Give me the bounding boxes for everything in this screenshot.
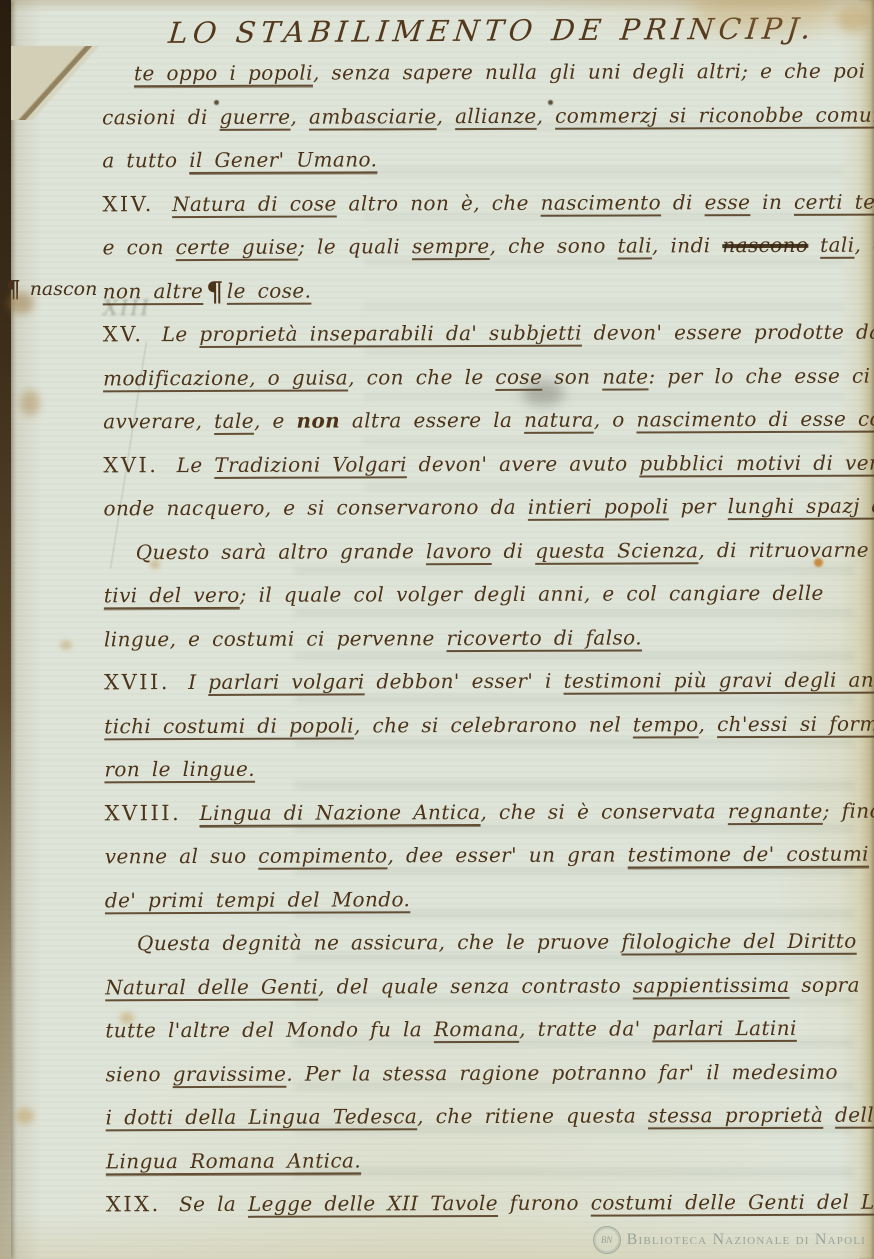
text-segment: della: [835, 1103, 874, 1127]
library-watermark: BN Biblioteca Nazionale di Napoli: [593, 1226, 866, 1254]
text-segment: ; il quale col volger degli anni, e col …: [240, 581, 824, 607]
text-segment: Tradizioni Volgari: [214, 452, 407, 477]
text-segment: regnante: [728, 798, 823, 822]
text-segment: ambasciarie: [309, 104, 437, 128]
text-segment: son: [542, 364, 602, 388]
text-segment: de' primi tempi del Mondo.: [105, 887, 411, 912]
text-segment: lingue, e costumi ci pervenne: [104, 626, 447, 651]
manuscript-line: Lingua Romana Antica.: [106, 1146, 866, 1192]
text-segment: Natural delle Genti: [105, 974, 318, 999]
text-segment: ,: [698, 712, 717, 736]
manuscript-line: i dotti della Lingua Tedesca, che ritien…: [106, 1103, 866, 1149]
manuscript-page: XIII LO STABILIMENTO DE PRINCIPJ. te opp…: [0, 0, 874, 1259]
text-segment: [808, 233, 820, 257]
text-segment: le cose.: [227, 278, 312, 302]
text-segment: , che sono: [490, 234, 618, 258]
text-segment: nate: [602, 364, 648, 388]
text-segment: . Per la stessa ragione potranno far' il…: [286, 1059, 838, 1085]
manuscript-line: XVII. I parlari volgari debbon' esser' i…: [104, 668, 864, 714]
text-segment: Lingua Romana Antica.: [106, 1148, 361, 1176]
text-segment: [823, 1103, 835, 1127]
text-segment: onde nacquero, e si conservarono da: [103, 495, 527, 520]
text-segment: gravissime: [173, 1061, 287, 1085]
paragraph-numeral: XIV.: [102, 192, 168, 216]
text-segment: altro non è, che: [337, 190, 541, 215]
stain: [16, 1108, 34, 1124]
text-segment: e con: [103, 235, 176, 259]
manuscript-line: de' primi tempi del Mondo.: [105, 885, 865, 931]
text-segment: nascimento: [541, 190, 662, 214]
text-segment: sopra: [789, 972, 859, 996]
text-segment: il Gener' Umano.: [189, 147, 377, 175]
text-segment: , indi: [652, 233, 722, 257]
text-segment: lunghi spazj di tempi.: [728, 493, 874, 518]
paragraph-numeral: XVII.: [104, 670, 184, 694]
text-segment: debbon' esser' i: [365, 669, 564, 694]
text-segment: nascimento di esse cose.: [636, 407, 874, 432]
text-segment: lavoro: [426, 538, 492, 562]
text-segment: testimone de' costumi: [628, 842, 869, 870]
manuscript-line: modificazione, o guisa, con che le cose …: [103, 363, 863, 409]
library-logo-icon: BN: [593, 1226, 621, 1254]
text-segment: , del quale senza contrasto: [318, 973, 633, 998]
text-segment: ; finchè per-: [823, 798, 874, 822]
text-segment: intieri popoli: [528, 494, 669, 518]
manuscript-line: te oppo i popoli, senza sapere nulla gli…: [102, 59, 862, 105]
text-segment: per: [669, 494, 728, 518]
text-segment: cose: [495, 364, 542, 388]
text-segment: tutte l'altre del Mondo fu la: [105, 1017, 434, 1042]
manuscript-line: tutte l'altre del Mondo fu la Romana, tr…: [105, 1016, 865, 1062]
text-segment: Le: [162, 322, 200, 346]
binding-edge: [0, 0, 11, 1259]
paragraph-numeral: XVI.: [103, 453, 172, 477]
text-segment: di: [492, 538, 536, 562]
manuscript-line: casioni di guerre, ambasciarie, allianze…: [102, 102, 862, 148]
manuscript-line: a tutto il Gener' Umano.: [102, 146, 862, 192]
text-segment: : per lo che esse ci posson': [648, 363, 874, 388]
manuscript-line: avverare, tale, e non altra essere la na…: [103, 407, 863, 453]
margin-note-text: nascon: [30, 278, 98, 300]
text-segment: natura: [524, 408, 594, 432]
text-segment: in: [750, 189, 794, 213]
manuscript-line: venne al suo compimento, dee esser' un g…: [105, 842, 865, 888]
manuscript-line: lingue, e costumi ci pervenne ricoverto …: [104, 624, 864, 670]
text-segment: ch'essi si forma-: [717, 711, 874, 736]
text-segment: tempo: [633, 712, 699, 736]
text-segment: tali: [820, 233, 854, 257]
text-segment: , dee esser' un gran: [387, 843, 627, 868]
text-segment: pubblici motivi di vero: [639, 450, 874, 475]
text-segment: , e: [254, 409, 297, 433]
manuscript-line: tivi del vero; il quale col volger degli…: [104, 581, 864, 627]
text-segment: costumi delle Genti del Lazio: [591, 1189, 874, 1214]
manuscript-line: onde nacquero, e si conservarono da inti…: [103, 494, 863, 540]
manuscript-line: Questo sarà altro grande lavoro di quest…: [104, 537, 864, 583]
manuscript-line: XV. Le proprietà inseparabili da' subbje…: [103, 320, 863, 366]
text-segment: nascono: [722, 233, 808, 257]
text-segment: stessa proprietà: [648, 1103, 823, 1128]
text-segment: , senza sapere nulla gli uni degli altri…: [313, 58, 874, 84]
text-segment: ,: [437, 104, 456, 128]
manuscript-line: e con certe guise; le quali sempre, che …: [103, 233, 863, 279]
manuscript-line: tichi costumi di popoli, che si celebrar…: [104, 711, 864, 757]
text-segment: devon' avere avuto: [407, 451, 640, 476]
text-segment: proprietà inseparabili da' subbjetti: [199, 321, 582, 346]
text-segment: sappientissima: [633, 972, 790, 997]
text-segment: , di ritruovarne: [698, 537, 874, 562]
text-segment: avverare,: [103, 409, 214, 433]
manuscript-line: XVI. Le Tradizioni Volgari devon' avere …: [103, 450, 863, 496]
text-segment: i dotti della Lingua Tedesca: [106, 1104, 418, 1129]
text-segment: certi tempi: [794, 189, 874, 213]
library-watermark-text: Biblioteca Nazionale di Napoli: [627, 1231, 866, 1249]
text-segment: compimento: [258, 843, 387, 867]
text-segment: I: [188, 670, 208, 694]
text-segment: te oppo i popoli: [134, 61, 313, 89]
text-segment: parlari volgari: [208, 669, 364, 694]
text-segment: allianze: [455, 103, 537, 127]
text-segment: questa Scienza: [535, 538, 698, 563]
text-segment: Le: [177, 452, 215, 476]
text-segment: sempre: [412, 234, 490, 258]
text-segment: , con che le: [348, 364, 495, 389]
insertion-mark: ¶: [206, 276, 224, 307]
text-segment: venne al suo: [105, 844, 259, 869]
text-segment: sieno: [105, 1062, 172, 1086]
insertion-mark: ¶: [6, 276, 21, 303]
text-segment: di: [661, 190, 705, 214]
text-segment: ; le quali: [298, 234, 412, 258]
text-segment: non: [296, 409, 340, 433]
text-segment: , che si è conservata: [480, 799, 727, 824]
text-segment: a tutto: [102, 148, 189, 172]
text-segment: testimoni più gravi degli an-: [563, 668, 874, 693]
text-segment: ron le lingue.: [104, 757, 255, 782]
text-segment: casioni di: [102, 104, 220, 128]
text-segment: ricoverto di falso.: [446, 625, 642, 650]
text-segment: tivi del vero: [104, 583, 240, 610]
text-segment: non altre: [103, 278, 204, 302]
text-segment: , tratte da': [519, 1016, 652, 1040]
text-segment: tichi costumi di popoli: [104, 713, 354, 738]
text-segment: parlari Latini: [652, 1016, 797, 1041]
text-segment: Romana: [434, 1017, 519, 1041]
corner-fold-crease: [11, 46, 99, 120]
text-segment: Questa degnità ne assicura, che le pruov…: [137, 930, 621, 956]
text-segment: ,: [537, 103, 556, 127]
stain: [60, 640, 72, 650]
manuscript-line: sieno gravissime. Per la stessa ragione …: [105, 1059, 865, 1105]
manuscript-line: ron le lingue.: [104, 755, 864, 801]
text-segment: Lingua di Nazione Antica: [199, 800, 480, 828]
text-segment: esse: [705, 190, 751, 214]
text-segment: furono: [498, 1191, 591, 1215]
text-segment: , che ritiene questa: [417, 1103, 648, 1128]
text-segment: , o: [594, 407, 637, 431]
text-segment: , che si celebrarono nel: [354, 712, 633, 737]
text-segment: altra essere la: [340, 408, 524, 433]
manuscript-line: Questa degnità ne assicura, che le pruov…: [105, 929, 865, 975]
text-segment: modificazione, o guisa: [103, 365, 348, 390]
manuscript-line: XVIII. Lingua di Nazione Antica, che si …: [105, 798, 865, 844]
text-segment: tale: [214, 409, 254, 433]
text-segment: , e: [854, 233, 874, 257]
manuscript-line: Natural delle Genti, del quale senza con…: [105, 972, 865, 1018]
text-segment: commerzj si riconobbe comune: [555, 102, 874, 127]
text-segment: ,: [290, 104, 309, 128]
stain: [20, 390, 40, 416]
text-segment: certe guise: [176, 235, 299, 259]
text-segment: tali: [618, 233, 652, 257]
text-segment: filologiche del Diritto: [621, 929, 856, 954]
page-title: LO STABILIMENTO DE PRINCIPJ.: [0, 11, 874, 51]
paragraph-numeral: XVIII.: [105, 801, 196, 825]
text-segment: Legge delle XII Tavole: [248, 1191, 498, 1216]
paragraph-numeral: XIX.: [106, 1192, 175, 1216]
text-segment: Questo sarà altro grande: [136, 539, 426, 564]
paragraph-numeral: XV.: [103, 322, 158, 346]
margin-note: ¶ nascon: [3, 278, 97, 300]
manuscript-lines: te oppo i popoli, senza sapere nulla gli…: [102, 59, 866, 1236]
text-segment: Natura di cose: [172, 191, 337, 216]
text-segment: devon' essere prodotte dalla: [582, 320, 874, 345]
manuscript-line: non altre¶le cose.: [103, 276, 863, 322]
text-segment: guerre: [220, 104, 291, 128]
manuscript-line: XIV. Natura di cose altro non è, che nas…: [102, 189, 862, 235]
text-segment: Se la: [179, 1192, 248, 1216]
